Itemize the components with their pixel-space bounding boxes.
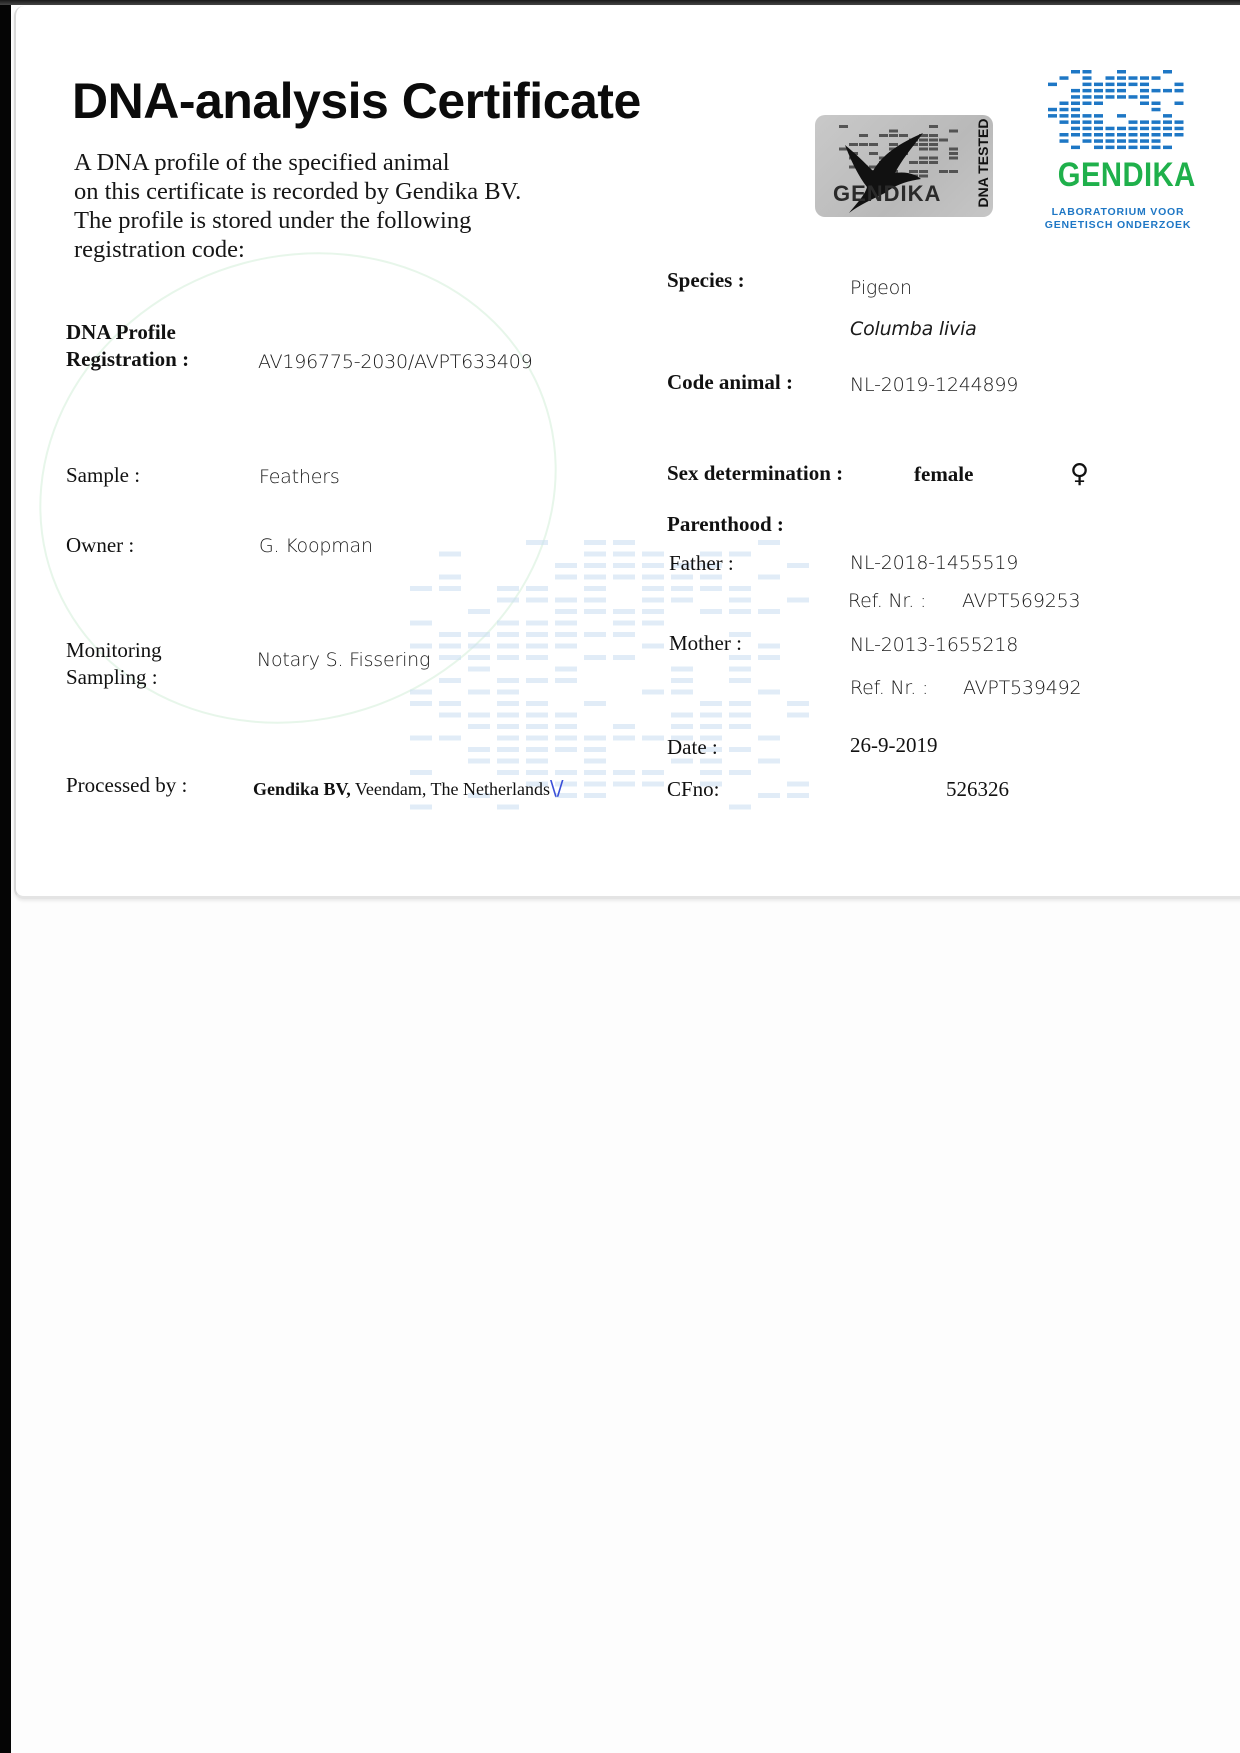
- registration-value: AV196775-2030/AVPT633409: [258, 351, 533, 373]
- processed-by-location: Veendam, The Netherlands: [355, 779, 550, 799]
- mother-value: NL-2013-1655218: [850, 634, 1018, 656]
- code-animal-label: Code animal :: [667, 370, 793, 395]
- sample-value: Feathers: [259, 466, 340, 488]
- cfno-value: 526326: [946, 777, 1009, 802]
- registration-label-line1: DNA Profile: [66, 320, 176, 345]
- certificate-title: DNA-analysis Certificate: [72, 72, 641, 130]
- sex-determination-label: Sex determination :: [667, 461, 843, 486]
- logo-subtitle-line: GENETISCH ONDERZOEK: [1042, 219, 1194, 232]
- intro-line: on this certificate is recorded by Gendi…: [74, 177, 594, 206]
- owner-label: Owner :: [66, 533, 134, 558]
- father-ref-value: AVPT569253: [962, 590, 1080, 612]
- logo-brand: GENDIKA: [1058, 156, 1178, 195]
- intro-line: The profile is stored under the followin…: [74, 206, 594, 235]
- gendika-logo: GENDIKA LABORATORIUM VOOR GENETISCH ONDE…: [1048, 70, 1188, 240]
- cfno-label: CFno:: [667, 777, 720, 802]
- processed-by-company: Gendika BV,: [253, 779, 351, 799]
- sticker-dna-tested: DNA TESTED: [975, 113, 991, 213]
- scanner-edge-left: [0, 0, 11, 1753]
- mother-label: Mother :: [669, 631, 742, 656]
- father-label: Father :: [669, 551, 734, 576]
- logo-subtitle-line: LABORATORIUM VOOR: [1042, 206, 1194, 219]
- dna-tested-sticker: GENDIKA DNA TESTED: [815, 115, 993, 217]
- monitoring-value: Notary S. Fissering: [257, 649, 430, 671]
- scanner-edge-top: [0, 0, 1240, 5]
- date-value: 26-9-2019: [850, 733, 938, 758]
- processed-by-value: Gendika BV, Veendam, The Netherlands\/: [253, 776, 564, 800]
- sex-value: female: [914, 462, 973, 487]
- registration-label-line2: Registration :: [66, 347, 189, 372]
- sample-label: Sample :: [66, 463, 140, 488]
- sticker-brand: GENDIKA: [833, 181, 941, 207]
- code-animal-value: NL-2019-1244899: [850, 374, 1018, 396]
- logo-subtitle: LABORATORIUM VOOR GENETISCH ONDERZOEK: [1042, 206, 1194, 232]
- father-value: NL-2018-1455519: [850, 552, 1018, 574]
- certificate-intro: A DNA profile of the specified animal on…: [74, 148, 594, 264]
- mother-ref-label: Ref. Nr. :: [850, 677, 928, 699]
- monitoring-label-line1: Monitoring: [66, 638, 162, 663]
- mother-ref-value: AVPT539492: [963, 677, 1081, 699]
- species-latin-name: Columba livia: [850, 318, 977, 340]
- signature-mark-icon: \/: [550, 776, 563, 800]
- species-common-name: Pigeon: [850, 277, 912, 299]
- processed-by-label: Processed by :: [66, 773, 187, 798]
- dna-g-logo-icon: [1048, 70, 1188, 154]
- parenthood-label: Parenthood :: [667, 512, 784, 537]
- father-ref-label: Ref. Nr. :: [848, 590, 926, 612]
- owner-value: G. Koopman: [259, 535, 373, 557]
- date-label: Date :: [667, 735, 718, 760]
- monitoring-label-line2: Sampling :: [66, 665, 158, 690]
- intro-line: A DNA profile of the specified animal: [74, 148, 594, 177]
- female-symbol-icon: ♀: [1070, 459, 1089, 489]
- species-label: Species :: [667, 268, 745, 293]
- intro-line: registration code:: [74, 235, 594, 264]
